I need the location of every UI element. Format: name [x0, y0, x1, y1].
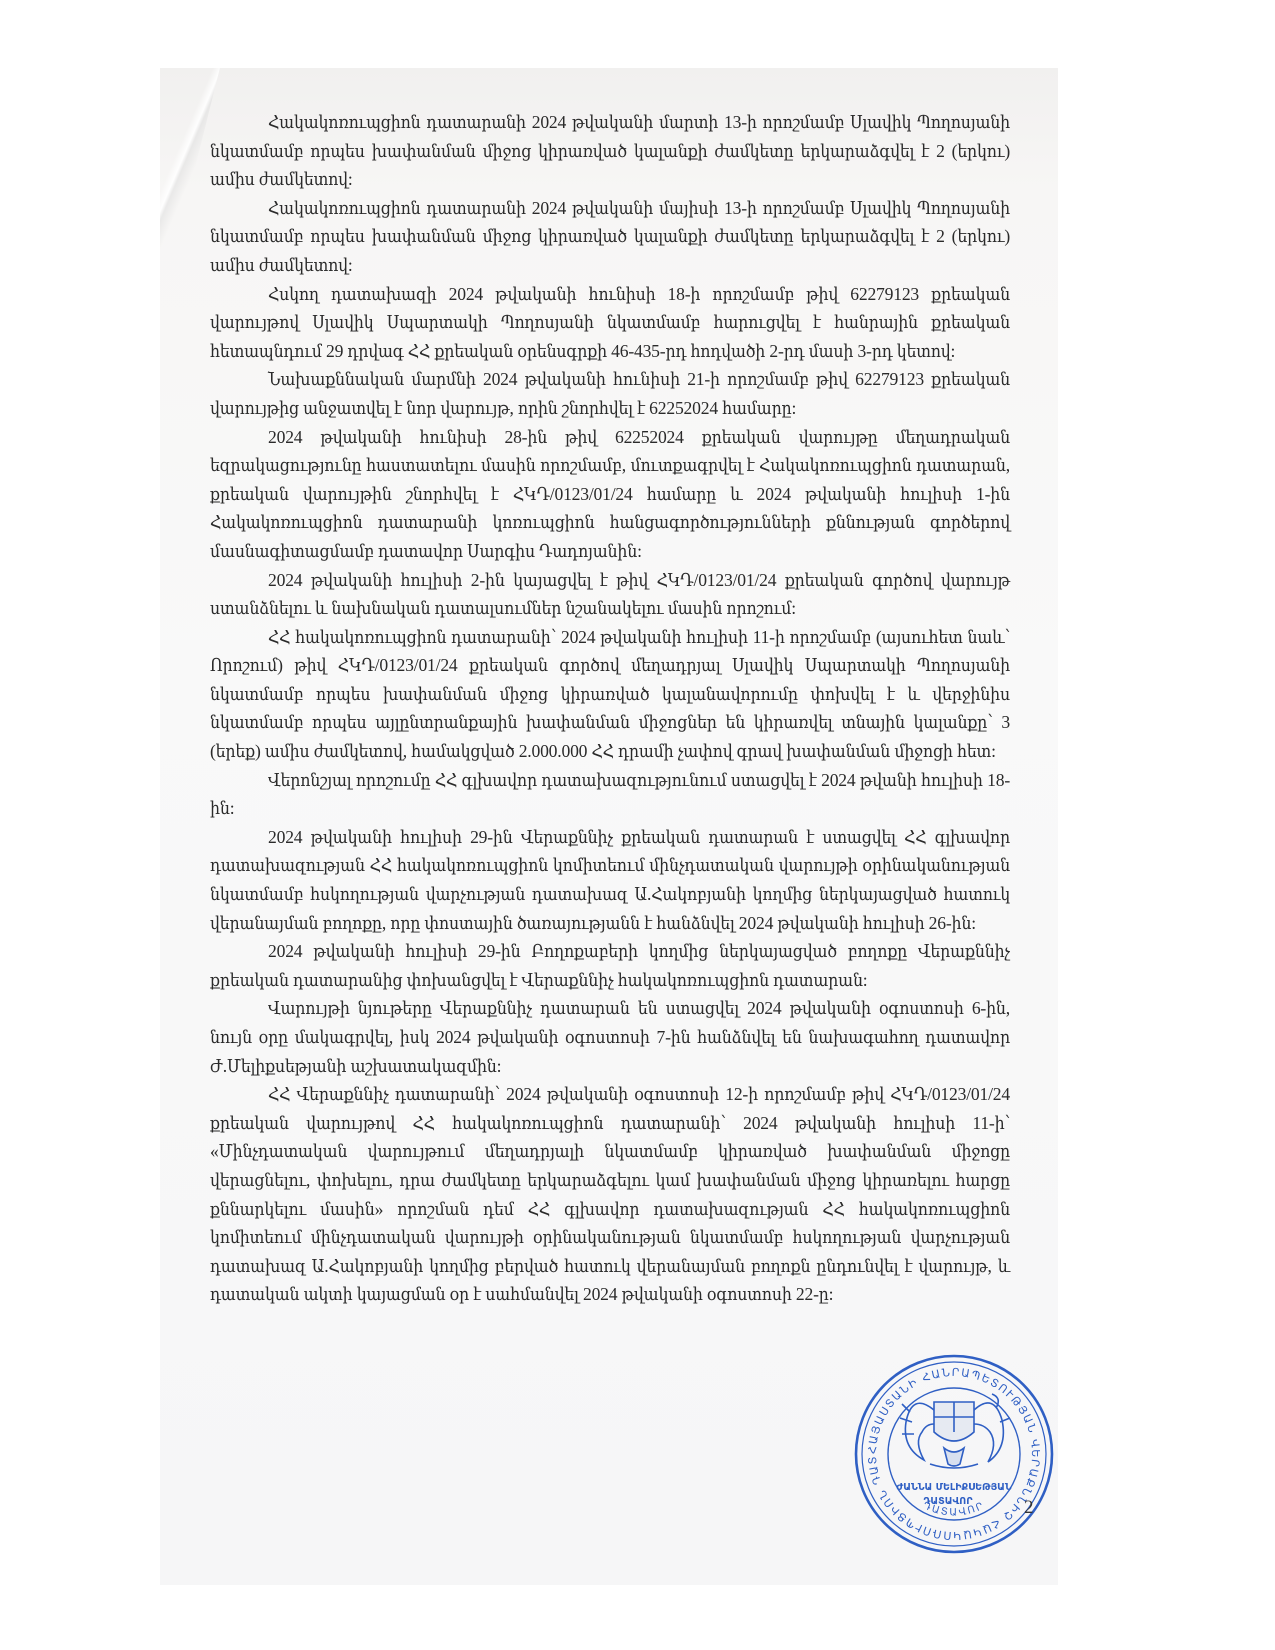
paragraph: ՀՀ Վերաքննիչ դատարանի՝ 2024 թվականի օգոս… — [210, 1080, 1010, 1309]
paragraph: Վերոնշյալ որոշումը ՀՀ գլխավոր դատախազութ… — [210, 766, 1010, 823]
seal-name-text: ԺԱՆՆԱ ՄԵԼԻՔՍԵԹՅԱՆ — [896, 1482, 1012, 1493]
paragraph: 2024 թվականի հուլիսի 2-ին կայացվել է թիվ… — [210, 566, 1010, 623]
official-seal-stamp: ՀԱՅԱՍՏԱՆԻ ՀԱՆՐԱՊԵՏՈՒԹՅԱՆ ՎԵՐԱՔՆՆԻՉ ՀԱԿԱԿ… — [852, 1352, 1056, 1556]
paragraph: Հակակոռուպցիոն դատարանի 2024 թվականի մայ… — [210, 194, 1010, 280]
paragraph: 2024 թվականի հուլիսի 29-ին Բողոքաբերի կո… — [210, 937, 1010, 994]
paragraph: 2024 թվականի հուլիսի 29-ին Վերաքննիչ քրե… — [210, 823, 1010, 937]
document-body: Հակակոռուպցիոն դատարանի 2024 թվականի մար… — [210, 108, 1010, 1309]
paragraph: Հսկող դատախազի 2024 թվականի հունիսի 18-ի… — [210, 280, 1010, 366]
paragraph: 2024 թվականի հունիսի 28-ին թիվ 62252024 … — [210, 423, 1010, 566]
coat-of-arms-icon — [900, 1394, 1010, 1468]
paragraph: Վարույթի նյութերը Վերաքննիչ դատարան են ս… — [210, 994, 1010, 1080]
paragraph: ՀՀ հակակոռուպցիոն դատարանի՝ 2024 թվականի… — [210, 623, 1010, 766]
paragraph: Հակակոռուպցիոն դատարանի 2024 թվականի մար… — [210, 108, 1010, 194]
paragraph: Նախաքննական մարմնի 2024 թվականի հունիսի … — [210, 365, 1010, 422]
page-number: 2 — [1024, 1497, 1034, 1519]
